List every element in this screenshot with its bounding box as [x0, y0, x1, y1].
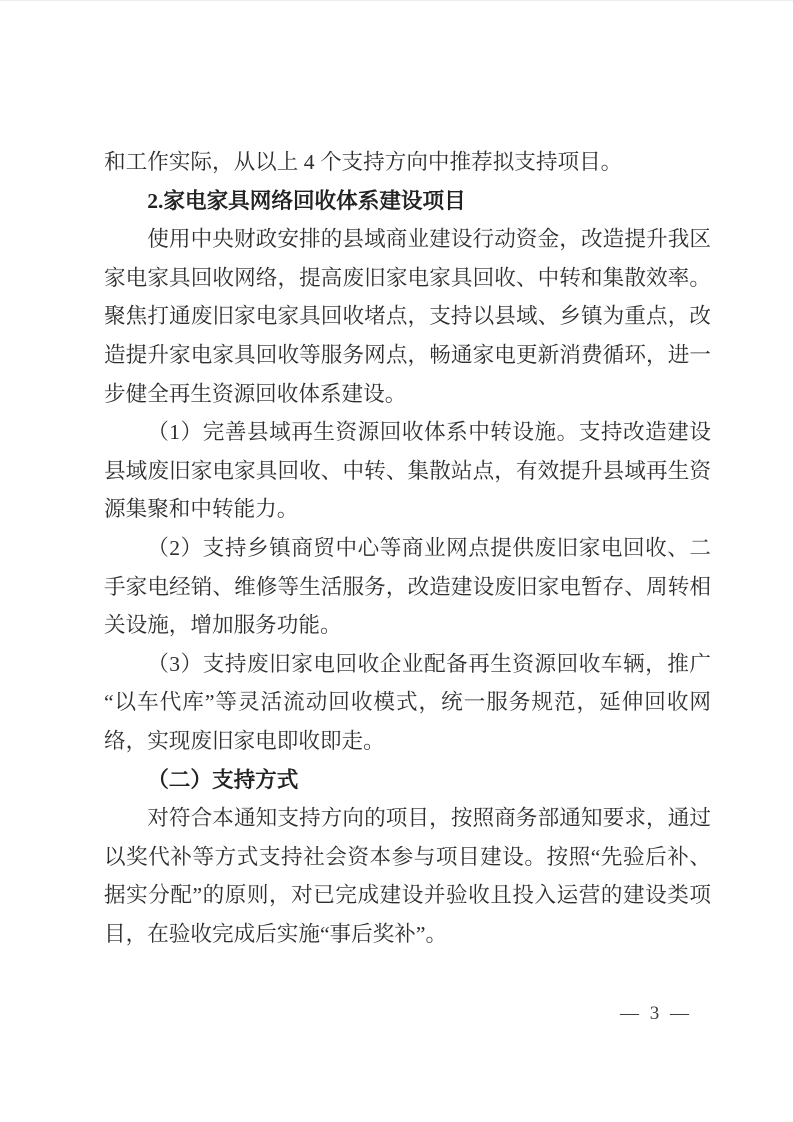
page-number: — 3 — [620, 1003, 692, 1025]
paragraph-support-method: 对符合本通知支持方向的项目，按照商务部通知要求，通过以奖代补等方式支持社会资本参… [104, 799, 711, 953]
document-page: 和工作实际，从以上 4 个支持方向中推荐拟支持项目。 2.家电家具网络回收体系建… [0, 0, 793, 1122]
paragraph-project-overview: 使用中央财政安排的县域商业建设行动资金，改造提升我区家电家具回收网络，提高废旧家… [104, 220, 711, 413]
document-body: 和工作实际，从以上 4 个支持方向中推荐拟支持项目。 2.家电家具网络回收体系建… [104, 143, 711, 953]
section-heading-support-method: （二）支持方式 [104, 761, 711, 800]
paragraph-continuation: 和工作实际，从以上 4 个支持方向中推荐拟支持项目。 [104, 143, 711, 182]
paragraph-item-3: （3）支持废旧家电回收企业配备再生资源回收车辆，推广“以车代库”等灵活流动回收模… [104, 645, 711, 761]
section-heading-project: 2.家电家具网络回收体系建设项目 [104, 182, 711, 221]
paragraph-item-1: （1）完善县域再生资源回收体系中转设施。支持改造建设县域废旧家电家具回收、中转、… [104, 413, 711, 529]
paragraph-item-2: （2）支持乡镇商贸中心等商业网点提供废旧家电回收、二手家电经销、维修等生活服务，… [104, 529, 711, 645]
